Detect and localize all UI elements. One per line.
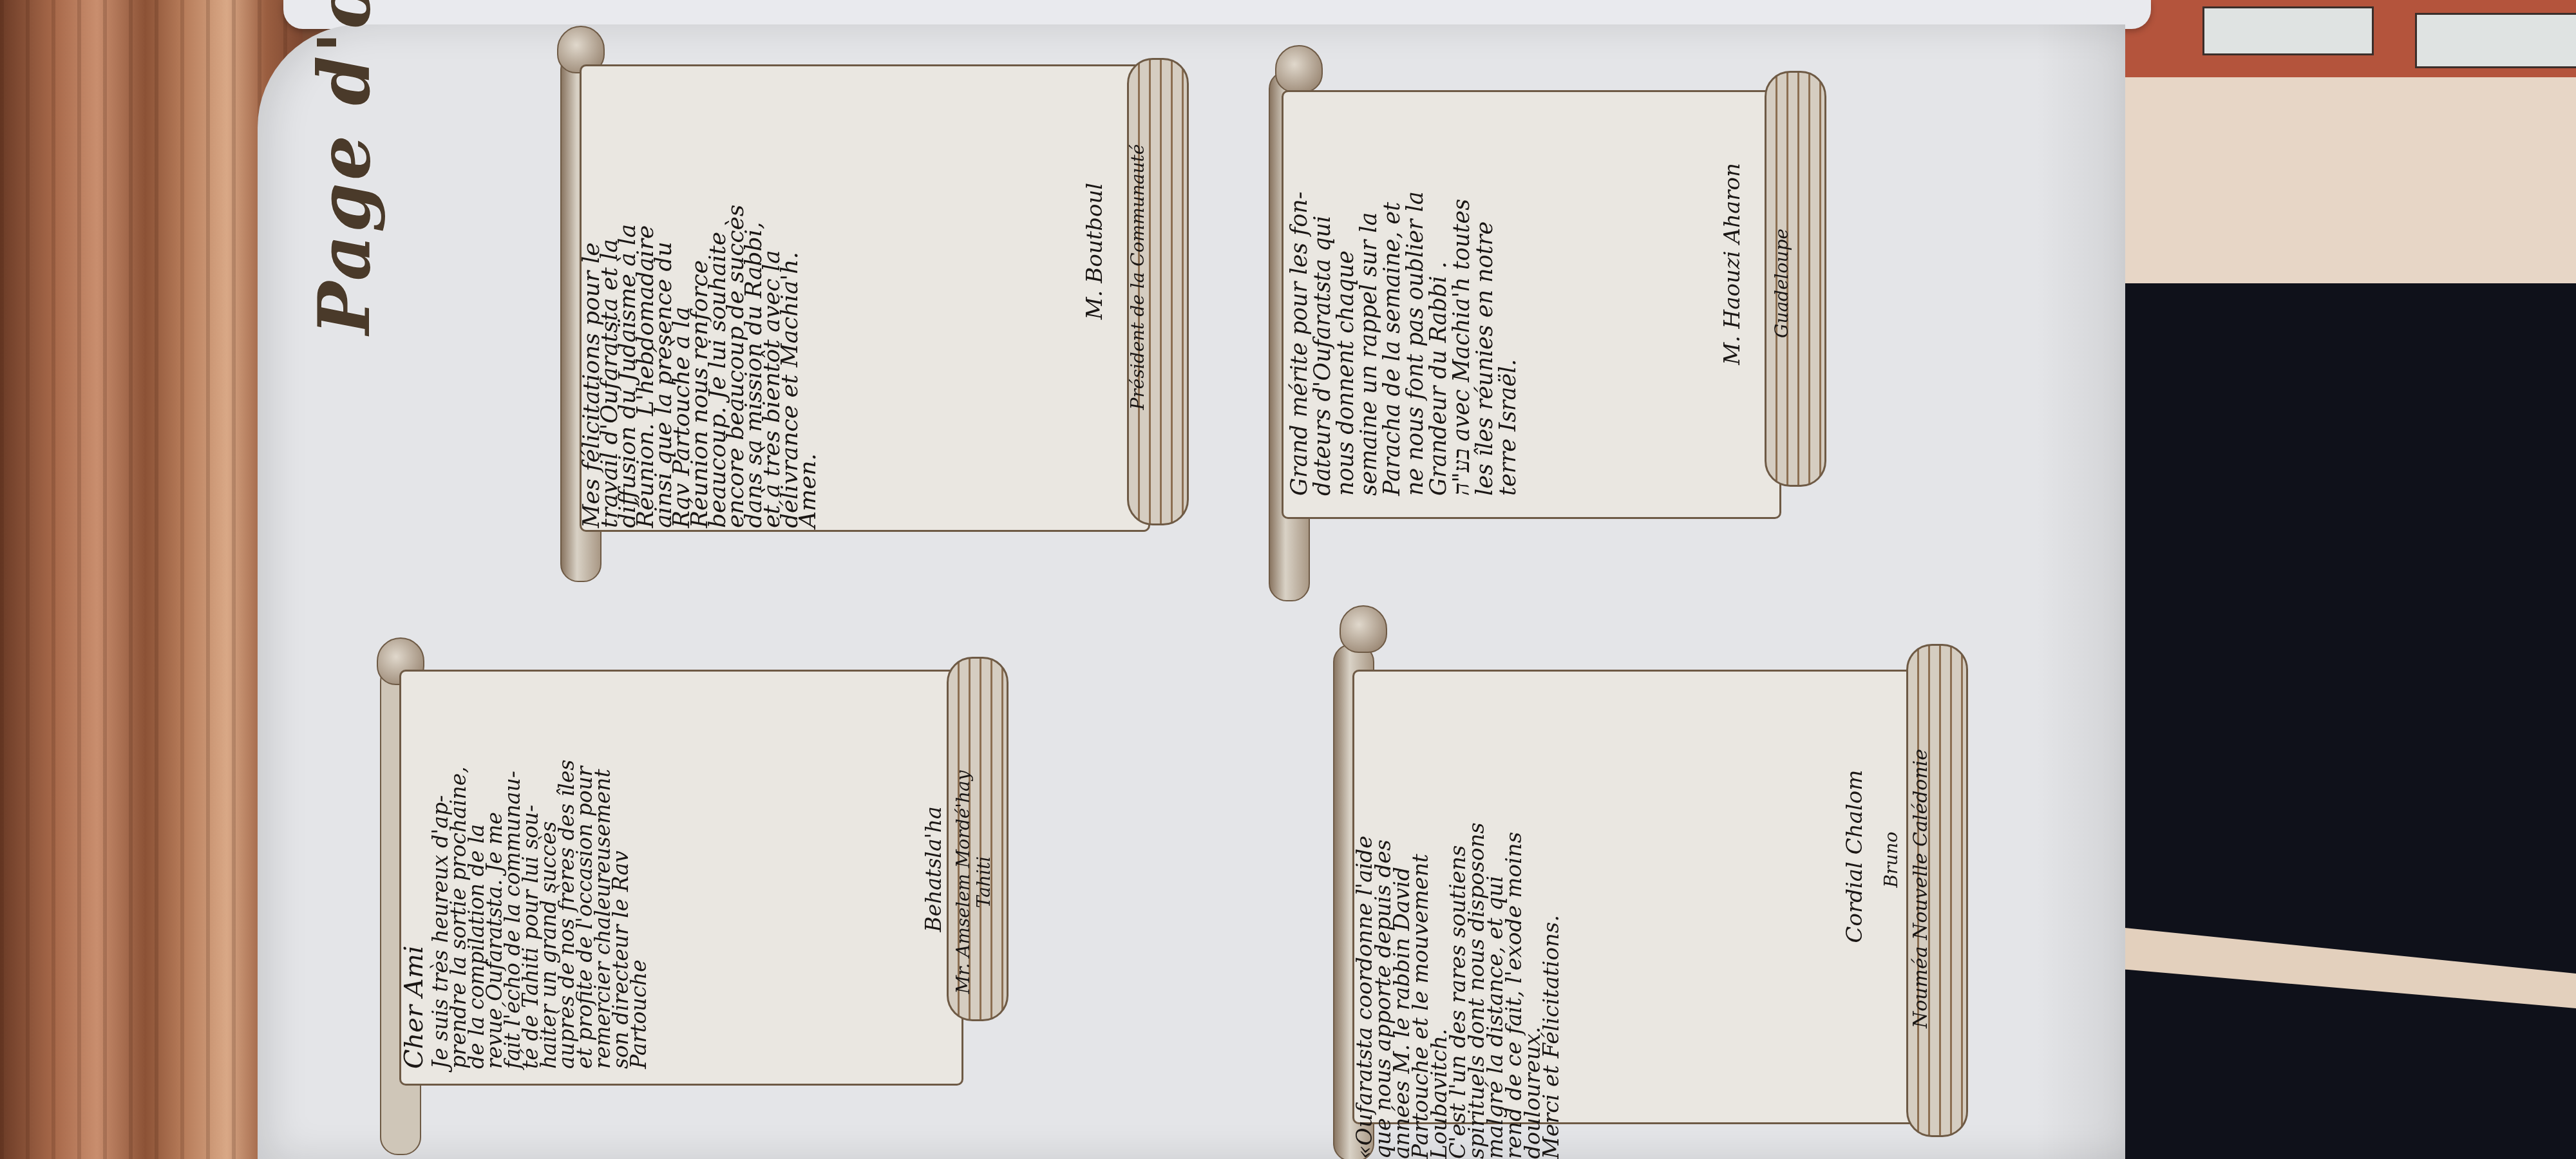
scroll-tahiti: Cher Ami Je suis très heureux d'ap- pren… <box>380 657 1050 1159</box>
scroll-signature: Bruno <box>1880 753 1902 966</box>
scroll-finial-icon <box>1275 45 1323 93</box>
dark-fabric <box>2119 283 2576 1159</box>
tiled-floor <box>2112 0 2576 77</box>
scroll-signature: Mr. Amselem Mordé'hay Tahiti <box>953 747 994 1017</box>
scroll-body-text: «Oufaratsta coordonne l'aide que nous ap… <box>1356 822 1561 1159</box>
scroll-reunion: Mes félicitations pour le travail d'Oufa… <box>560 39 1204 592</box>
scroll-closing: Cordial Chalom <box>1842 708 1868 1004</box>
scroll-closing: Behatsla'ha <box>921 779 946 959</box>
scroll-greeting: Cher Ami <box>399 946 430 1069</box>
scroll-body-text: Grand mérite pour les fon- dateurs d'Ouf… <box>1288 191 1520 496</box>
scroll-role: Nouméa Nouvelle Calédonie <box>1909 683 1932 1095</box>
scroll-body-text: Mes félicitations pour le travail d'Oufa… <box>583 205 817 528</box>
scroll-role: Président de la Communauté <box>1127 64 1148 489</box>
scroll-role: Guadeloupe <box>1771 187 1792 380</box>
scroll-noumea: «Oufaratsta coordonne l'aide que nous ap… <box>1333 605 1990 1159</box>
scroll-guadeloupe: Grand mérite pour les fon- dateurs d'Ouf… <box>1269 45 1835 612</box>
scroll-finial-icon <box>1340 605 1387 653</box>
scroll-signature: M. Boutboul <box>1082 129 1108 373</box>
page-title: Page d'or <box>303 0 386 335</box>
scroll-signature: M. Haouzi Aharon <box>1719 122 1745 406</box>
scroll-body-text: Je suis très heureux d'ap- prendre la so… <box>431 760 648 1069</box>
